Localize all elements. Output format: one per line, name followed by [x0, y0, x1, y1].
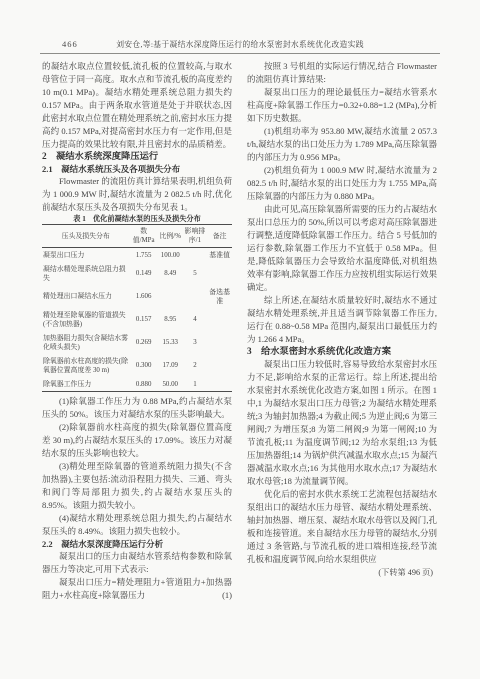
- table-cell: 基准值: [207, 248, 232, 263]
- table-cell: [207, 377, 232, 392]
- table-cell: [183, 248, 208, 263]
- table-cell: 5: [183, 262, 208, 285]
- table-cell: [183, 285, 208, 308]
- table-cell: 4: [183, 308, 208, 331]
- table-row: 除氧器前水柱高度的损失(除氧器位置高度差 30 m)0.30017.092: [42, 354, 232, 377]
- table-cell: 除氧器工作压力: [42, 377, 129, 392]
- table-cell: 3: [183, 331, 208, 354]
- body-paragraph: 由此可见,高压除氧器所需要的压力约占凝结水泵出口总压力的 50%,所以可以考虑对…: [247, 203, 437, 294]
- section-heading-2: 2 凝结水系统深度降压运行: [42, 151, 232, 163]
- two-column-body: 的凝结水取点位置较低,流孔板的位置较高,与取水母管位于同一高度。取水点和节流孔板…: [42, 60, 438, 602]
- body-paragraph: 的凝结水取点位置较低,流孔板的位置较高,与取水母管位于同一高度。取水点和节流孔板…: [42, 60, 232, 151]
- table-caption: 表 1 优化前凝结水泵的压头及损失分布: [42, 214, 232, 224]
- table-cell: [207, 331, 232, 354]
- table-cell: 100.00: [158, 248, 183, 263]
- table-cell: 精处理至除氧器的管道损失(不含加热器): [42, 308, 129, 331]
- table-column-header: 影响排序/1: [183, 225, 208, 248]
- page-header: 466 刘安仓,等:基于凝结水深度降压运行的给水泵密封水系统优化改造实践: [40, 37, 440, 52]
- right-column: 按照 3 号机组的实际运行情况,结合 Flowmaster 的流阻仿真计算结果:…: [247, 60, 437, 602]
- table-cell: 15.33: [158, 331, 183, 354]
- table-cell: [207, 354, 232, 377]
- table-cell: 0.880: [129, 377, 158, 392]
- equation-number: (1): [205, 589, 232, 602]
- table-cell: 50.00: [158, 377, 183, 392]
- body-paragraph: 按照 3 号机组的实际运行情况,结合 Flowmaster 的流阻仿真计算结果:: [247, 60, 437, 86]
- table-cell: 1: [183, 377, 208, 392]
- equation-1: 凝泵出口压力=精处理阻力+管道阻力+加热器阻力+水柱高度+除氧器压力(1): [42, 576, 232, 602]
- left-column: 的凝结水取点位置较低,流孔板的位置较高,与取水母管位于同一高度。取水点和节流孔板…: [42, 60, 232, 602]
- table-row: 除氧器工作压力0.88050.001: [42, 377, 232, 392]
- table-cell: 除氧器前水柱高度的损失(除氧器位置高度差 30 m): [42, 354, 129, 377]
- table-cell: [207, 308, 232, 331]
- table-cell: 8.49: [158, 262, 183, 285]
- table-cell: 凝结水精处理系统总阻力损失: [42, 262, 129, 285]
- running-title: 刘安仓,等:基于凝结水深度降压运行的给水泵密封水系统优化改造实践: [40, 37, 440, 50]
- table-cell: [207, 262, 232, 285]
- list-item: (1)除氧器工作压力为 0.88 MPa,约占凝结水泵压头的 50%。该压力对凝…: [42, 395, 232, 421]
- table-cell: 1.755: [129, 248, 158, 263]
- continuation-note: (下转第 496 页): [247, 566, 437, 579]
- list-item: (3)精处理至除氧器的管道系统阻力损失(不含加热器),主要包括:流动沿程阻力损失…: [42, 460, 232, 512]
- list-item: (2)机组负荷为 1 000.9 MW 时,凝结水流量为 2 082.5 t/h…: [247, 164, 437, 203]
- table-cell: 17.09: [158, 354, 183, 377]
- table-head: 压头及损失分布数值/MPa比例/%影响排序/1备注: [42, 225, 232, 248]
- table-header-row: 压头及损失分布数值/MPa比例/%影响排序/1备注: [42, 225, 232, 248]
- table-column-header: 数值/MPa: [129, 225, 158, 248]
- list-item: (1)机组功率为 953.80 MW,凝结水流量 2 057.3 t/h,凝结水…: [247, 125, 437, 164]
- table-cell: 精处理出口凝结水压力: [42, 285, 129, 308]
- table-body: 凝泵出口压力1.755100.00基准值凝结水精处理系统总阻力损失0.1498.…: [42, 248, 232, 392]
- table-cell: 1.606: [129, 285, 158, 308]
- page-number: 466: [62, 39, 78, 49]
- table-row: 精处理出口凝结水压力1.606备选基准: [42, 285, 232, 308]
- table-row: 精处理至除氧器的管道损失(不含加热器)0.1578.954: [42, 308, 232, 331]
- table-cell: 0.157: [129, 308, 158, 331]
- table-cell: 0.300: [129, 354, 158, 377]
- subsection-heading-2-2: 2.2 凝结水泵深度降压运行分析: [42, 538, 232, 550]
- table-cell: [158, 285, 183, 308]
- body-paragraph: 凝泵出口的压力由凝结水管系结构参数和除氧器压力等决定,可用下式表示:: [42, 550, 232, 576]
- table-cell: 凝泵出口压力: [42, 248, 129, 263]
- subsection-heading-2-1: 2.1 凝结水系统压头及各项损失分布: [42, 163, 232, 175]
- document-page: 466 刘安仓,等:基于凝结水深度降压运行的给水泵密封水系统优化改造实践 的凝结…: [0, 0, 480, 679]
- table-row: 凝结水精处理系统总阻力损失0.1498.495: [42, 262, 232, 285]
- table-column-header: 备注: [207, 225, 232, 248]
- table-cell: 0.269: [129, 331, 158, 354]
- body-paragraph: 凝泵出口压力的理论最低压力=凝结水管系水柱高度+除氧器工作压力=0.32+0.8…: [247, 86, 437, 125]
- header-rule: [40, 53, 440, 54]
- table-cell: 8.95: [158, 308, 183, 331]
- table-column-header: 压头及损失分布: [42, 225, 129, 248]
- equation-text: 凝泵出口压力=精处理阻力+管道阻力+加热器阻力+水柱高度+除氧器压力: [42, 577, 232, 600]
- list-item: (4)凝结水精处理系统总阻力损失,约占凝结水泵压头的 8.49%。该阻力损失也较…: [42, 512, 232, 538]
- pressure-loss-table: 压头及损失分布数值/MPa比例/%影响排序/1备注 凝泵出口压力1.755100…: [42, 224, 232, 392]
- table-cell: 加热器阻力损失(含凝结水雾化喷头损失): [42, 331, 129, 354]
- body-paragraph: 优化后的密封水供水系统工艺流程包括凝结水泵组出口的凝结水压力母管、凝结水精处理系…: [247, 488, 437, 566]
- body-paragraph: 凝泵出口压力较低时,容易导致给水泵密封水压力不足,影响给水泵的正常运行。综上所述…: [247, 358, 437, 488]
- list-item: (2)除氧器前水柱高度的损失(除氧器位置高度差 30 m),约占凝结水泵压头的 …: [42, 421, 232, 460]
- table-cell: 0.149: [129, 262, 158, 285]
- section-heading-3: 3 给水泵密封水系统优化改造方案: [247, 346, 437, 358]
- table-cell: 备选基准: [207, 285, 232, 308]
- table-column-header: 比例/%: [158, 225, 183, 248]
- body-paragraph: Flowmaster 的流阻仿真计算结果表明,机组负荷为 1 000.9 MW …: [42, 175, 232, 214]
- body-paragraph: 综上所述,在凝结水质量较好时,凝结水不通过凝结水精处理系统,并且适当调节除氧器工…: [247, 294, 437, 346]
- table-row: 凝泵出口压力1.755100.00基准值: [42, 248, 232, 263]
- table-cell: 2: [183, 354, 208, 377]
- table-row: 加热器阻力损失(含凝结水雾化喷头损失)0.26915.333: [42, 331, 232, 354]
